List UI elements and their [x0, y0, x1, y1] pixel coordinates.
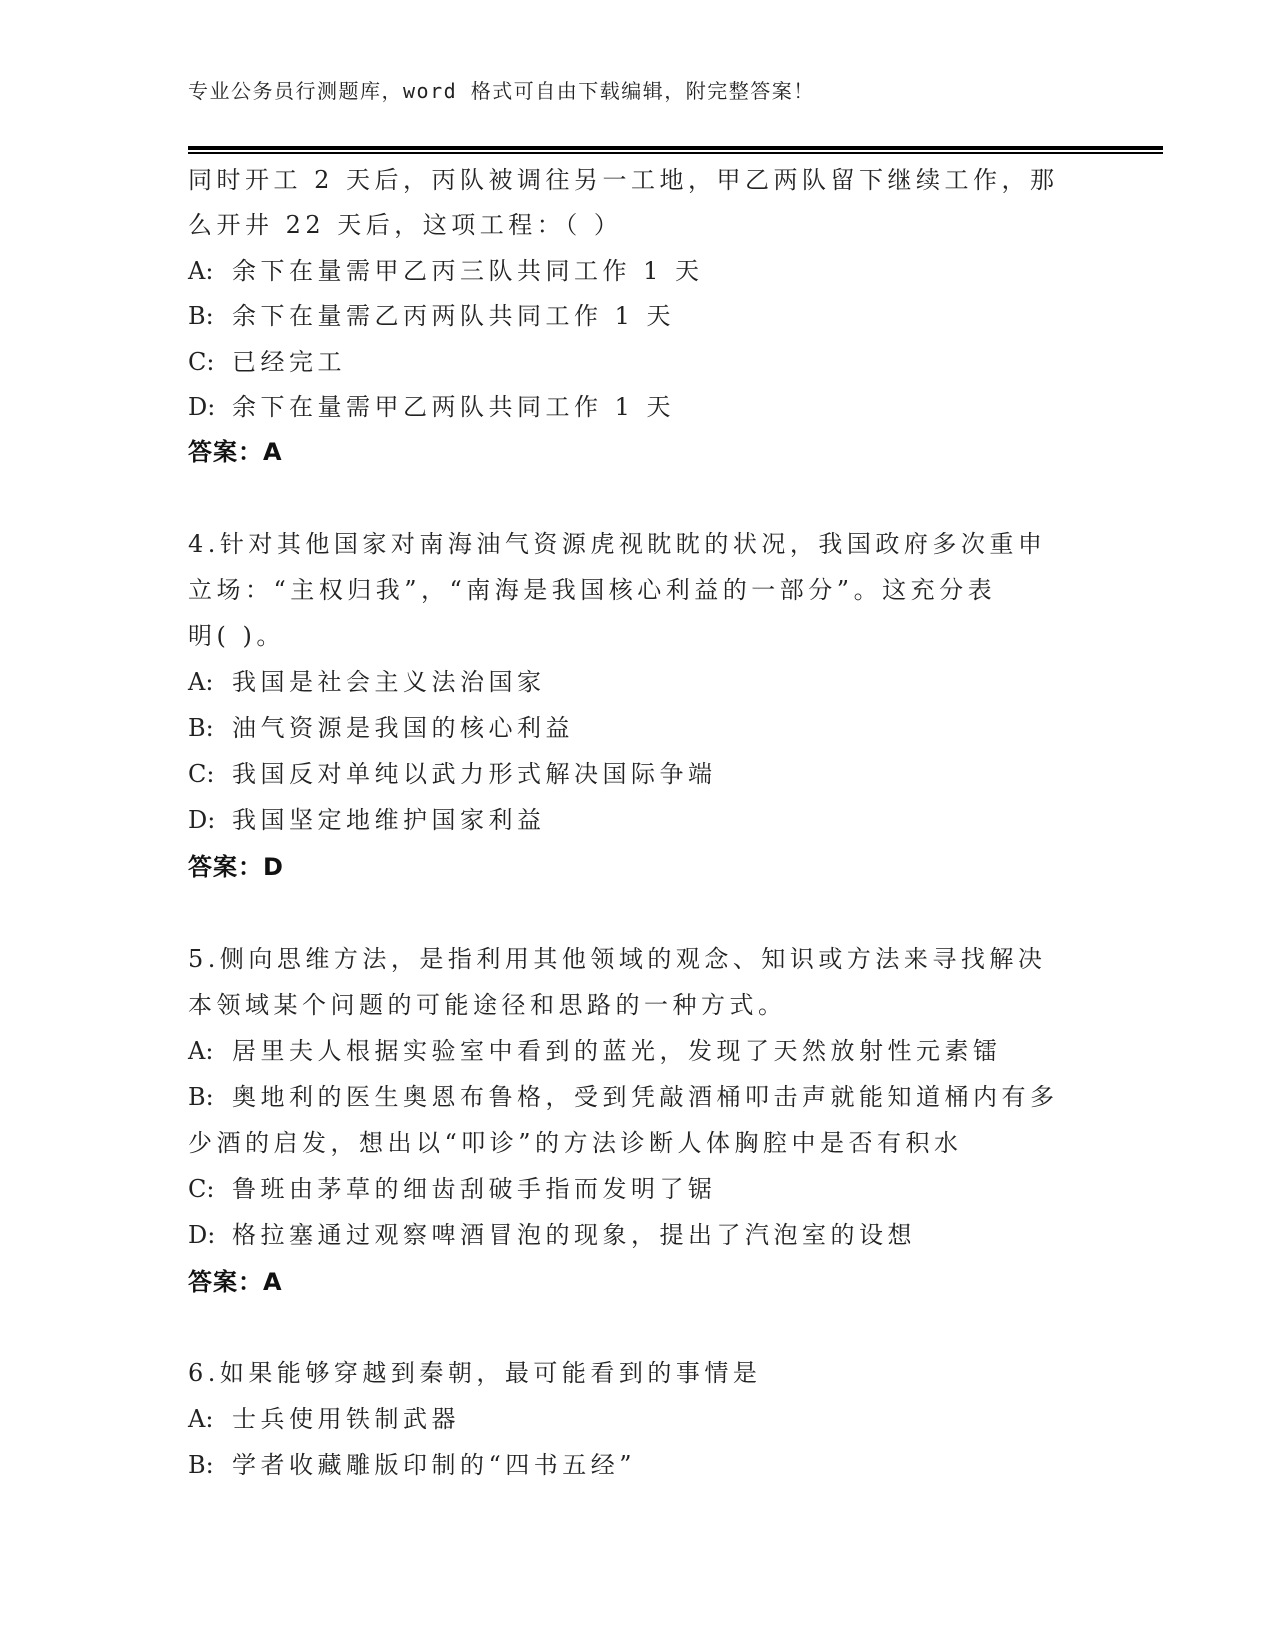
option-label: C:: [188, 1173, 232, 1205]
option-text: 我国是社会主义法治国家: [232, 668, 546, 696]
question-5-stem-line-1: 5.侧向思维方法，是指利用其他领域的观念、知识或方法来寻找解决: [188, 943, 1046, 975]
header-rule-thin: [188, 152, 1163, 154]
question-3-option-a: A:余下在量需甲乙丙三队共同工作 1 天: [188, 255, 704, 287]
question-5-option-c: C:鲁班由茅草的细齿刮破手指而发明了锯: [188, 1173, 717, 1205]
question-4-stem-line-1: 4.针对其他国家对南海油气资源虎视眈眈的状况，我国政府多次重申: [188, 528, 1046, 560]
option-text: 我国坚定地维护国家利益: [232, 806, 546, 834]
question-5-option-b: B:奥地利的医生奥恩布鲁格，受到凭敲酒桶叩击声就能知道桶内有多: [188, 1081, 1059, 1113]
option-label: D:: [188, 804, 232, 836]
option-label: D:: [188, 1219, 232, 1251]
option-label: A:: [188, 666, 232, 698]
question-5-option-a: A:居里夫人根据实验室中看到的蓝光，发现了天然放射性元素镭: [188, 1035, 1002, 1067]
option-label: B:: [188, 300, 232, 332]
option-text: 学者收藏雕版印制的“四书五经”: [232, 1451, 636, 1479]
question-4-option-b: B:油气资源是我国的核心利益: [188, 712, 574, 744]
option-text: 已经完工: [232, 348, 346, 376]
option-text: 油气资源是我国的核心利益: [232, 714, 574, 742]
question-6-option-a: A:士兵使用铁制武器: [188, 1403, 460, 1435]
question-6-option-b: B:学者收藏雕版印制的“四书五经”: [188, 1449, 636, 1481]
question-4-answer: 答案：D: [188, 851, 284, 883]
option-text: 鲁班由茅草的细齿刮破手指而发明了锯: [232, 1175, 717, 1203]
question-3-option-b: B:余下在量需乙丙两队共同工作 1 天: [188, 300, 675, 332]
option-label: B:: [188, 1449, 232, 1481]
option-label: B:: [188, 712, 232, 744]
option-text: 余下在量需甲乙两队共同工作 1 天: [232, 393, 675, 421]
option-label: D:: [188, 391, 232, 423]
question-3-answer: 答案：A: [188, 436, 283, 468]
option-text: 我国反对单纯以武力形式解决国际争端: [232, 760, 717, 788]
question-4-option-a: A:我国是社会主义法治国家: [188, 666, 546, 698]
question-4-option-d: D:我国坚定地维护国家利益: [188, 804, 546, 836]
question-3-option-c: C:已经完工: [188, 346, 346, 378]
option-label: C:: [188, 346, 232, 378]
question-5-option-b-continuation: 少酒的启发，想出以“叩诊”的方法诊断人体胸腔中是否有积水: [188, 1127, 963, 1159]
question-4-stem-line-3: 明( )。: [188, 620, 285, 652]
question-5-stem-line-2: 本领域某个问题的可能途径和思路的一种方式。: [188, 989, 787, 1021]
option-label: A:: [188, 1403, 232, 1435]
option-text: 奥地利的医生奥恩布鲁格，受到凭敲酒桶叩击声就能知道桶内有多: [232, 1083, 1059, 1111]
question-5-option-d: D:格拉塞通过观察啤酒冒泡的现象，提出了汽泡室的设想: [188, 1219, 916, 1251]
option-text: 余下在量需甲乙丙三队共同工作 1 天: [232, 257, 704, 285]
option-label: C:: [188, 758, 232, 790]
question-3-option-d: D:余下在量需甲乙两队共同工作 1 天: [188, 391, 675, 423]
option-text: 格拉塞通过观察啤酒冒泡的现象，提出了汽泡室的设想: [232, 1221, 916, 1249]
question-4-stem-line-2: 立场：“主权归我”，“南海是我国核心利益的一部分”。这充分表: [188, 574, 996, 606]
page-header: 专业公务员行测题库，word 格式可自由下载编辑，附完整答案！: [188, 76, 815, 106]
question-3-stem-line-1: 同时开工 2 天后，丙队被调往另一工地，甲乙两队留下继续工作，那: [188, 164, 1059, 196]
option-text: 余下在量需乙丙两队共同工作 1 天: [232, 302, 675, 330]
option-text: 士兵使用铁制武器: [232, 1405, 460, 1433]
header-rule-thick: [188, 146, 1163, 150]
option-label: A:: [188, 255, 232, 287]
question-4-option-c: C:我国反对单纯以武力形式解决国际争端: [188, 758, 717, 790]
option-text: 居里夫人根据实验室中看到的蓝光，发现了天然放射性元素镭: [232, 1037, 1002, 1065]
option-label: B:: [188, 1081, 232, 1113]
document-page: 专业公务员行测题库，word 格式可自由下载编辑，附完整答案！ 同时开工 2 天…: [0, 0, 1275, 1650]
question-6-stem-line-1: 6.如果能够穿越到秦朝，最可能看到的事情是: [188, 1357, 761, 1389]
question-3-stem-line-2: 么开井 22 天后，这项工程：（ ）: [188, 209, 622, 241]
option-label: A:: [188, 1035, 232, 1067]
question-5-answer: 答案：A: [188, 1266, 283, 1298]
